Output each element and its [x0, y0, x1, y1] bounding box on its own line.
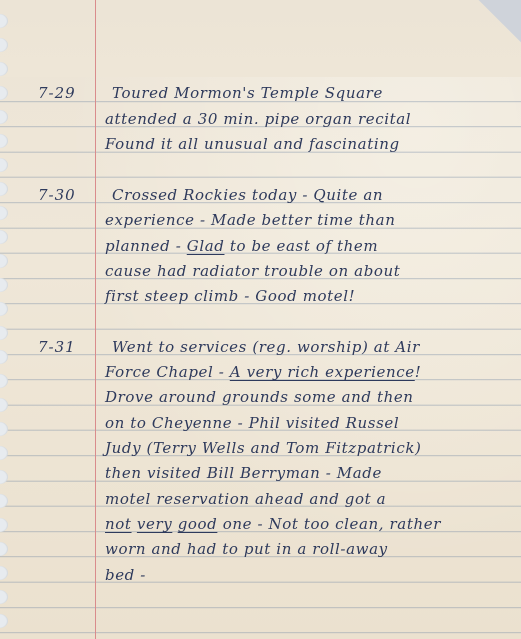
spiral-hole [0, 446, 8, 460]
underlined-word: Glad [187, 237, 225, 255]
entry-date: 7-29 [38, 86, 76, 101]
spiral-hole [0, 182, 8, 196]
entry-line: attended a 30 min. pipe organ recital [105, 112, 411, 127]
entry-date: 7-31 [38, 340, 76, 355]
entry-line: experience - Made better time than [105, 213, 396, 228]
spiral-hole [0, 302, 8, 316]
red-margin-line [95, 0, 96, 639]
underlined-word: very [137, 515, 172, 533]
spiral-hole [0, 278, 8, 292]
spiral-hole [0, 350, 8, 364]
entry-line: first steep climb - Good motel! [105, 289, 355, 304]
spiral-hole [0, 86, 8, 100]
top-margin [0, 0, 521, 77]
spiral-hole [0, 62, 8, 76]
spiral-hole [0, 398, 8, 412]
spiral-hole [0, 566, 8, 580]
spiral-hole [0, 38, 8, 52]
spiral-hole [0, 254, 8, 268]
entry-line-rest: to be east of them [224, 237, 378, 255]
underlined-word: not [105, 515, 132, 533]
spiral-hole [0, 14, 8, 28]
torn-spiral-edge [0, 0, 14, 639]
entry-line-start: Force Chapel - [105, 363, 230, 381]
spiral-hole [0, 326, 8, 340]
spiral-hole [0, 374, 8, 388]
spiral-hole [0, 542, 8, 556]
spiral-hole [0, 158, 8, 172]
spiral-hole [0, 110, 8, 124]
entry-line: Judy (Terry Wells and Tom Fitzpatrick) [105, 441, 421, 456]
entry-line: Force Chapel - A very rich experience! [105, 365, 421, 380]
spiral-hole [0, 206, 8, 220]
entry-date: 7-30 [38, 188, 76, 203]
entry-line: Crossed Rockies today - Quite an [112, 188, 383, 203]
entry-line-rest: ! [415, 363, 422, 381]
entry-line: Toured Mormon's Temple Square [112, 86, 383, 101]
spiral-hole [0, 494, 8, 508]
entry-line: planned - Glad to be east of them [105, 239, 378, 254]
notebook-page: 7-29 Toured Mormon's Temple Square atten… [0, 0, 521, 639]
entry-line: Found it all unusual and fascinating [105, 137, 400, 152]
entry-line: motel reservation ahead and got a [105, 492, 386, 507]
spiral-hole [0, 134, 8, 148]
entry-line-start: planned - [105, 237, 187, 255]
entry-line: not very good one - Not too clean, rathe… [105, 517, 441, 532]
entry-line-rest: one - Not too clean, rather [217, 515, 441, 533]
underlined-word: good [178, 515, 218, 533]
spiral-hole [0, 470, 8, 484]
underlined-phrase: A very rich experience [230, 363, 415, 381]
spiral-hole [0, 422, 8, 436]
entry-line: cause had radiator trouble on about [105, 264, 400, 279]
entry-line: on to Cheyenne - Phil visited Russel [105, 416, 399, 431]
spiral-hole [0, 590, 8, 604]
spiral-hole [0, 230, 8, 244]
entry-line: Went to services (reg. worship) at Air [112, 340, 420, 355]
spiral-hole [0, 518, 8, 532]
entry-line: bed - [105, 568, 146, 583]
spiral-hole [0, 614, 8, 628]
entry-line: then visited Bill Berryman - Made [105, 466, 382, 481]
entry-line: Drove around grounds some and then [105, 390, 414, 405]
entry-line: worn and had to put in a roll-away [105, 542, 388, 557]
